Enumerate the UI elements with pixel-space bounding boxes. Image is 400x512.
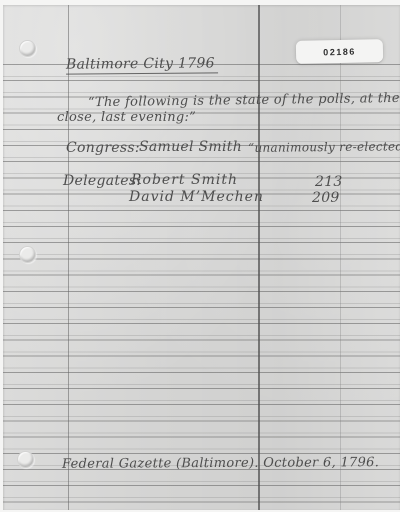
center-fold-line — [258, 5, 260, 510]
left-margin-line — [68, 5, 69, 510]
right-faint-line — [340, 5, 341, 510]
archive-label-sticker: 02186 — [296, 39, 383, 64]
congress-label: Congress: — [66, 140, 140, 156]
congress-result-note: “unanimously re-elected....” — [248, 139, 400, 155]
delegate-votes: 213 — [315, 174, 343, 190]
congress-candidate-name: Samuel Smith — [139, 139, 242, 155]
loose-leaf-paper — [3, 5, 400, 510]
punch-hole-top — [19, 40, 36, 57]
quote-line-2: close, last evening:” — [57, 110, 196, 125]
delegate-name: David M’Mechen — [129, 189, 264, 205]
delegate-name: Robert Smith — [131, 172, 238, 188]
punch-hole-bottom — [17, 451, 34, 468]
page-title: Baltimore City 1796 — [66, 55, 218, 74]
delegates-label: Delegates: — [63, 173, 141, 189]
scanned-notebook-page: 02186 Baltimore City 1796 “The following… — [0, 0, 400, 512]
archive-number: 02186 — [323, 46, 356, 57]
delegate-votes: 209 — [312, 190, 340, 206]
punch-hole-middle — [19, 246, 36, 263]
source-citation: Federal Gazette (Baltimore). October 6, … — [62, 455, 379, 472]
